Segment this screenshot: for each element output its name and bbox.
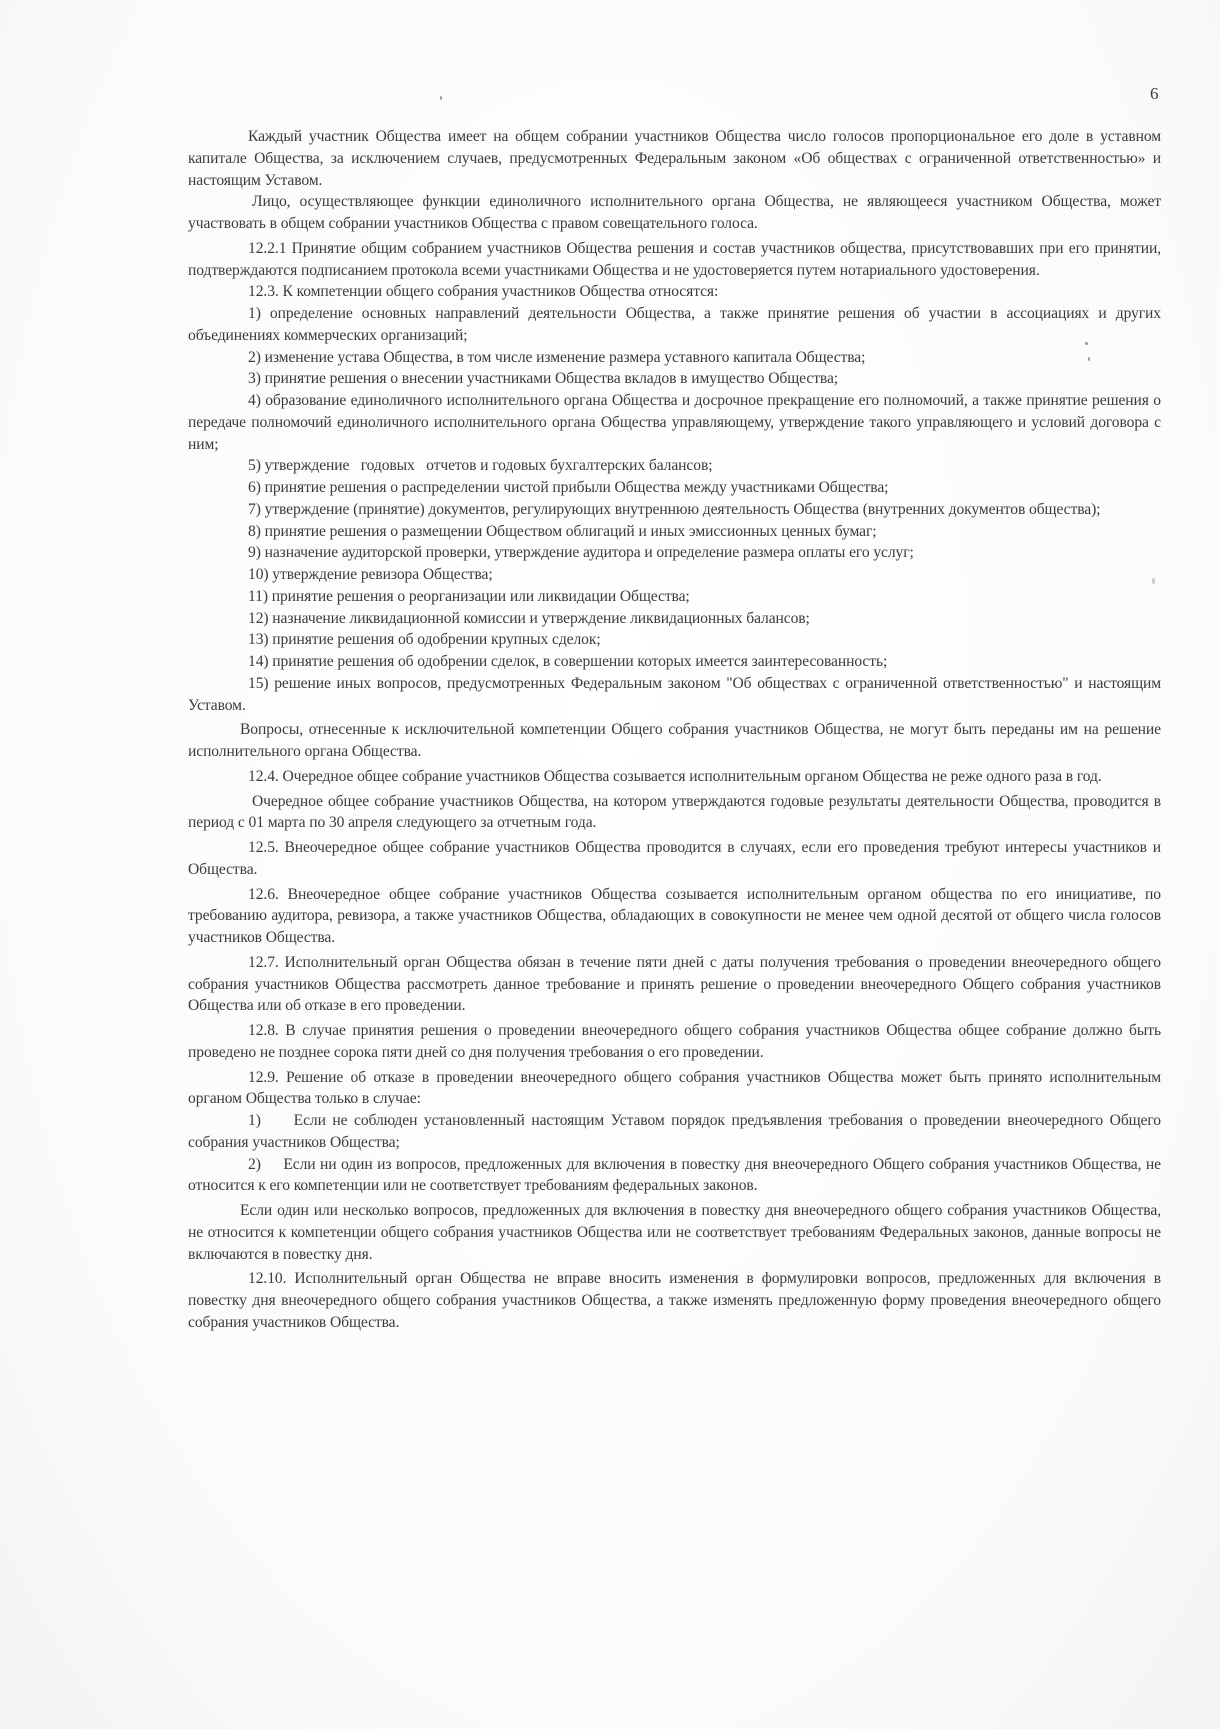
- list-item-12-3-11: 11) принятие решения о реорганизации или…: [188, 586, 1161, 608]
- scan-speck: [440, 96, 442, 100]
- paragraph-annual-meeting: Очередное общее собрание участников Обще…: [188, 791, 1161, 835]
- paragraph-12-3: 12.3. К компетенции общего собрания учас…: [188, 281, 1161, 303]
- list-item-12-3-10: 10) утверждение ревизора Общества;: [188, 564, 1161, 586]
- list-item-12-9-2: 2) Если ни один из вопросов, предложенны…: [188, 1154, 1161, 1198]
- paragraph-12-4: 12.4. Очередное общее собрание участнико…: [188, 766, 1161, 788]
- list-item-12-3-8: 8) принятие решения о размещении Обществ…: [188, 521, 1161, 543]
- paragraph-exclusive-competence: Вопросы, отнесенные к исключительной ком…: [188, 719, 1161, 763]
- paragraph-12-5: 12.5. Внеочередное общее собрание участн…: [188, 837, 1161, 881]
- list-item-12-3-1: 1) определение основных направлений деят…: [188, 303, 1161, 347]
- list-item-12-3-2: 2) изменение устава Общества, в том числ…: [188, 347, 1161, 369]
- paragraph-12-6: 12.6. Внеочередное общее собрание участн…: [188, 884, 1161, 949]
- paragraph-12-2-1: 12.2.1 Принятие общим собранием участник…: [188, 238, 1161, 282]
- list-item-12-3-14: 14) принятие решения об одобрении сделок…: [188, 651, 1161, 673]
- list-item-12-3-7: 7) утверждение (принятие) документов, ре…: [188, 499, 1161, 521]
- paragraph-voting-rights: Каждый участник Общества имеет на общем …: [188, 126, 1161, 191]
- paragraph-12-7: 12.7. Исполнительный орган Общества обяз…: [188, 952, 1161, 1017]
- page-number: 6: [1150, 84, 1159, 104]
- document-body: Каждый участник Общества имеет на общем …: [188, 126, 1161, 1334]
- paragraph-12-10: 12.10. Исполнительный орган Общества не …: [188, 1268, 1161, 1333]
- list-item-12-3-4: 4) образование единоличного исполнительн…: [188, 390, 1161, 455]
- list-item-12-3-6: 6) принятие решения о распределении чист…: [188, 477, 1161, 499]
- paragraph-agenda-exclusion: Если один или несколько вопросов, предло…: [188, 1200, 1161, 1265]
- list-item-12-3-9: 9) назначение аудиторской проверки, утве…: [188, 542, 1161, 564]
- list-item-12-3-13: 13) принятие решения об одобрении крупны…: [188, 629, 1161, 651]
- paragraph-12-9: 12.9. Решение об отказе в проведении вне…: [188, 1067, 1161, 1111]
- list-item-12-3-3: 3) принятие решения о внесении участника…: [188, 368, 1161, 390]
- list-item-12-3-15: 15) решение иных вопросов, предусмотренн…: [188, 673, 1161, 717]
- list-item-12-3-5: 5) утверждение годовых отчетов и годовых…: [188, 455, 1161, 477]
- paragraph-executive-participation: Лицо, осуществляющее функции единоличног…: [188, 191, 1161, 235]
- list-item-12-3-12: 12) назначение ликвидационной комиссии и…: [188, 608, 1161, 630]
- list-item-12-9-1: 1) Если не соблюден установленный настоя…: [188, 1110, 1161, 1154]
- paragraph-12-8: 12.8. В случае принятия решения о провед…: [188, 1020, 1161, 1064]
